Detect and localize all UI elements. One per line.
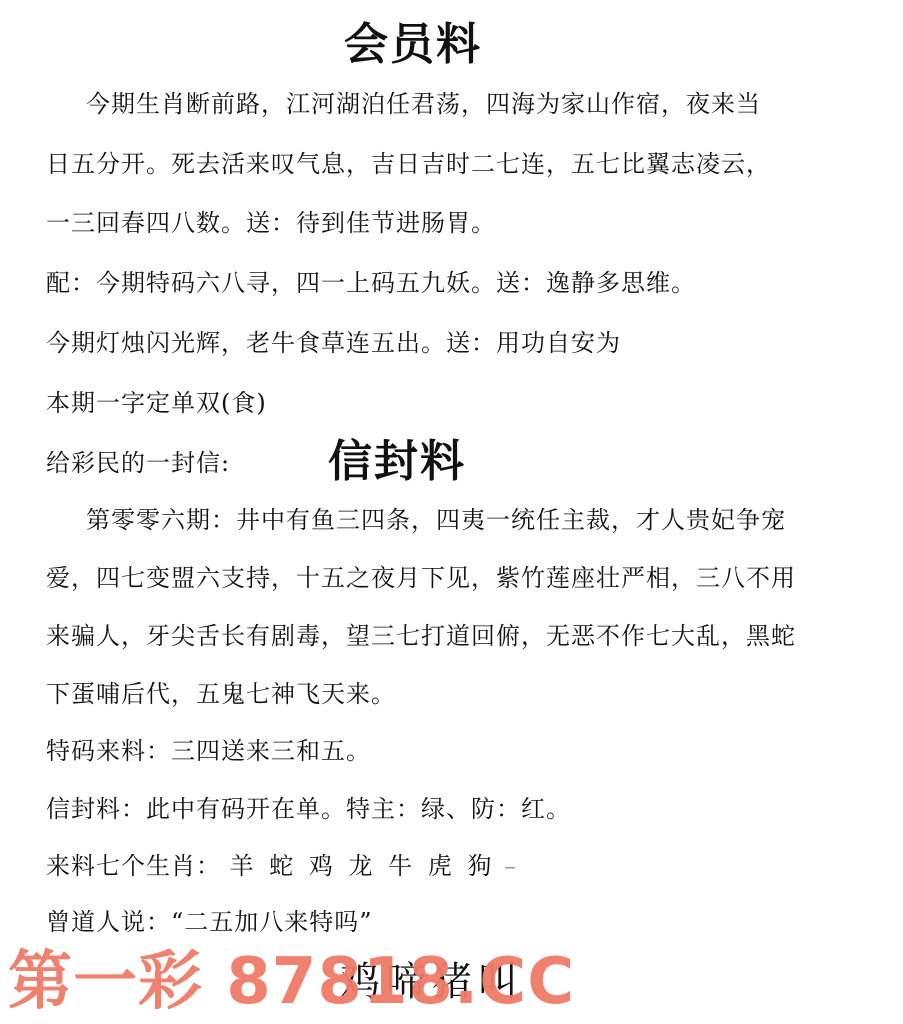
envelope-line: 信封料：此中有码开在单。特主：绿、防：红。: [46, 789, 571, 824]
member-line-4: 配：今期特码六八寻，四一上码五九妖。送：逸静多思维。: [46, 263, 696, 298]
letter-line-2: 爱，四七变盟六支持，十五之夜月下见，紫竹莲座壮严相，三八不用: [46, 558, 796, 593]
zodiac-line: 来料七个生肖： 羊 蛇 鸡 龙 牛 虎 狗 –: [46, 846, 517, 881]
member-line-5: 今期灯烛闪光辉，老牛食草连五出。送：用功自安为: [46, 323, 621, 358]
member-line-1: 今期生肖断前路，江河湖泊任君荡，四海为家山作宿，夜来当: [86, 84, 761, 119]
zodiac-list: 羊 蛇 鸡 龙 牛 虎 狗: [230, 852, 496, 880]
letter-intro: 给彩民的一封信:: [46, 443, 230, 478]
watermark: 第一彩 87818.CC: [8, 930, 575, 1022]
zodiac-trailing-dash: –: [504, 852, 517, 880]
zodiac-label: 来料七个生肖：: [46, 852, 221, 880]
letter-title: 信封料: [328, 425, 466, 489]
special-code-line: 特码来料：三四送来三和五。: [46, 731, 371, 766]
member-line-6: 本期一字定单双(食): [46, 383, 267, 418]
member-line-2: 日五分开。死去活来叹气息，吉日吉时二七连，五七比翼志凌云，: [46, 144, 771, 179]
member-title: 会员料: [344, 8, 482, 72]
member-line-3: 一三回春四八数。送：待到佳节进肠胃。: [46, 203, 496, 238]
letter-line-3: 来骗人，牙尖舌长有剧毒，望三七打道回俯，无恶不作七大乱，黑蛇: [46, 616, 796, 651]
letter-line-4: 下蛋哺后代，五鬼七神飞天来。: [46, 674, 396, 709]
letter-line-1: 第零零六期：井中有鱼三四条，四夷一统任主裁，才人贵妃争宠: [86, 500, 786, 535]
